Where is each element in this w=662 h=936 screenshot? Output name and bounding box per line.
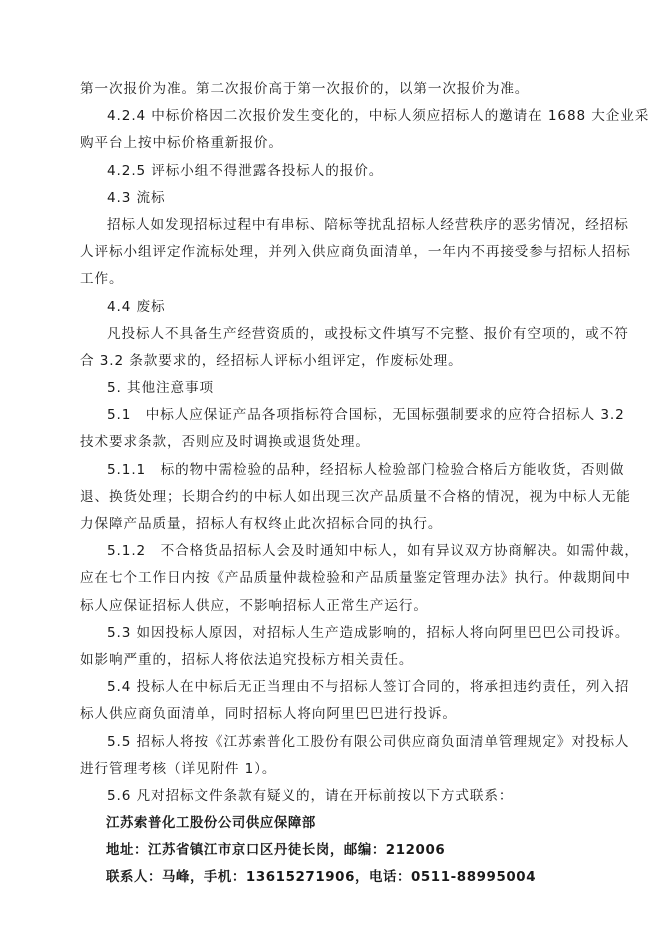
text-line: 5.1.1 标的物中需检验的品种，经招标人检验部门检验合格后方能收货，否则做 — [80, 457, 582, 484]
text-line: 购平台上按中标价格重新报价。 — [80, 130, 582, 157]
text-line: 标人供应商负面清单，同时招标人将向阿里巴巴进行投诉。 — [80, 701, 582, 728]
text-line: 退、换货处理；长期合约的中标人如出现三次产品质量不合格的情况，视为中标人无能 — [80, 484, 582, 511]
text-line: 4.2.4 中标价格因二次报价发生变化的，中标人须应招标人的邀请在 1688 大… — [80, 103, 582, 130]
text-line: 4.3 流标 — [80, 185, 582, 212]
text-line: 5.4 投标人在中标后无正当理由不与招标人签订合同的，将承担违约责任，列入招 — [80, 674, 582, 701]
text-line: 力保障产品质量，招标人有权终止此次招标合同的执行。 — [80, 511, 582, 538]
text-line: 5.5 招标人将按《江苏索普化工股份有限公司供应商负面清单管理规定》对投标人 — [80, 729, 582, 756]
contact-phones: 联系人：马峰，手机：13615271906，电话：0511-88995004 — [80, 864, 582, 891]
text-line: 招标人如发现招标过程中有串标、陪标等扰乱招标人经营秩序的恶劣情况，经招标 — [80, 212, 582, 239]
contact-address: 地址：江苏省镇江市京口区丹徒长岗，邮编：212006 — [80, 837, 582, 864]
text-line: 5. 其他注意事项 — [80, 375, 582, 402]
text-line: 技术要求条款，否则应及时调换或退货处理。 — [80, 429, 582, 456]
text-line: 5.6 凡对招标文件条款有疑义的，请在开标前按以下方式联系： — [80, 783, 582, 810]
document-body: 第一次报价为准。第二次报价高于第一次报价的，以第一次报价为准。4.2.4 中标价… — [80, 76, 582, 810]
text-line: 4.2.5 评标小组不得泄露各投标人的报价。 — [80, 158, 582, 185]
text-line: 第一次报价为准。第二次报价高于第一次报价的，以第一次报价为准。 — [80, 76, 582, 103]
text-line: 如影响严重的，招标人将依法追究投标方相关责任。 — [80, 647, 582, 674]
text-line: 应在七个工作日内按《产品质量仲裁检验和产品质量鉴定管理办法》执行。仲裁期间中 — [80, 565, 582, 592]
text-line: 5.1 中标人应保证产品各项指标符合国标，无国标强制要求的应符合招标人 3.2 — [80, 402, 582, 429]
document-page: 第一次报价为准。第二次报价高于第一次报价的，以第一次报价为准。4.2.4 中标价… — [80, 76, 582, 892]
text-line: 进行管理考核（详见附件 1）。 — [80, 756, 582, 783]
text-line: 4.4 废标 — [80, 294, 582, 321]
text-line: 工作。 — [80, 266, 582, 293]
text-line: 合 3.2 条款要求的，经招标人评标小组评定，作废标处理。 — [80, 348, 582, 375]
text-line: 人评标小组评定作流标处理，并列入供应商负面清单，一年内不再接受参与招标人招标 — [80, 239, 582, 266]
text-line: 凡投标人不具备生产经营资质的，或投标文件填写不完整、报价有空项的，或不符 — [80, 321, 582, 348]
contact-department: 江苏索普化工股份公司供应保障部 — [80, 810, 582, 837]
text-line: 5.3 如因投标人原因，对招标人生产造成影响的，招标人将向阿里巴巴公司投诉。 — [80, 620, 582, 647]
text-line: 标人应保证招标人供应，不影响招标人正常生产运行。 — [80, 593, 582, 620]
text-line: 5.1.2 不合格货品招标人会及时通知中标人，如有异议双方协商解决。如需仲裁， — [80, 538, 582, 565]
